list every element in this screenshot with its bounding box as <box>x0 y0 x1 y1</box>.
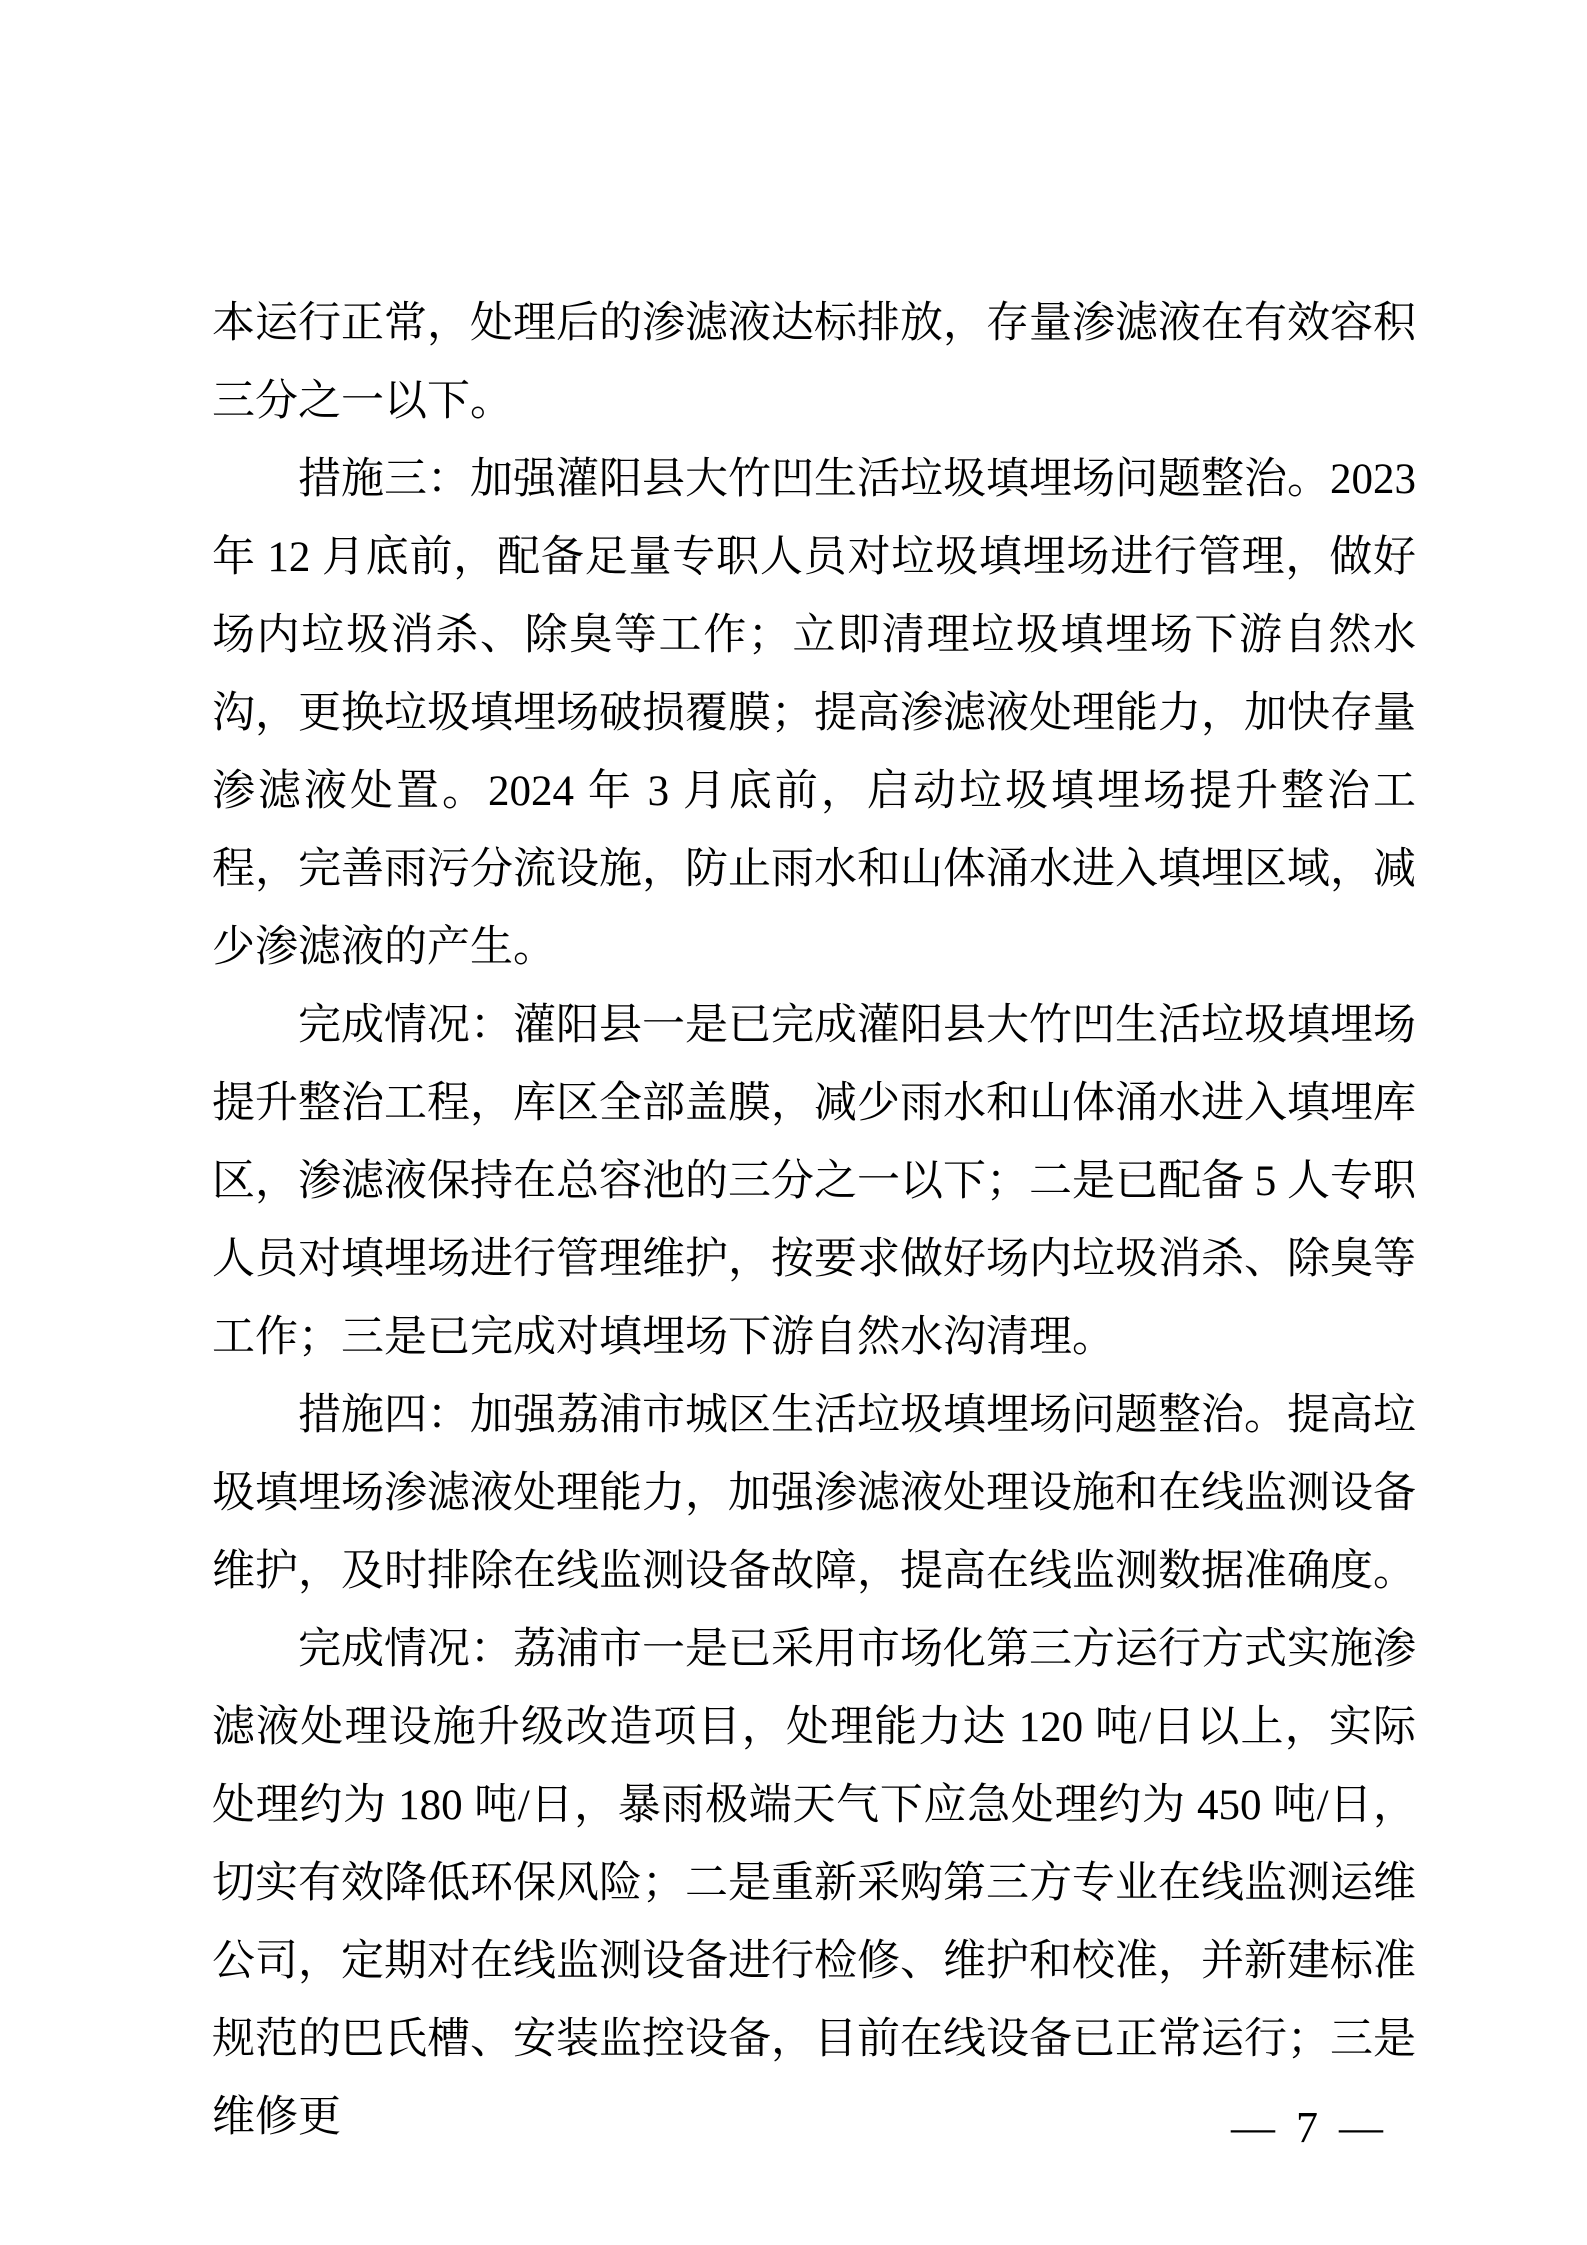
document-body: 本运行正常，处理后的渗滤液达标排放，存量渗滤液在有效容积三分之一以下。措施三：加… <box>212 285 1416 2157</box>
paragraph-continuation: 本运行正常，处理后的渗滤液达标排放，存量渗滤液在有效容积三分之一以下。 <box>212 285 1416 441</box>
document-page: 本运行正常，处理后的渗滤液达标排放，存量渗滤液在有效容积三分之一以下。措施三：加… <box>0 0 1587 2245</box>
paragraph-measure-four: 措施四：加强荔浦市城区生活垃圾填埋场问题整治。提高垃圾填埋场渗滤液处理能力，加强… <box>212 1377 1416 1611</box>
paragraph-measure-three: 措施三：加强灌阳县大竹凹生活垃圾填埋场问题整治。2023 年 12 月底前，配备… <box>212 441 1416 987</box>
paragraph-completion-three: 完成情况：灌阳县一是已完成灌阳县大竹凹生活垃圾填埋场提升整治工程，库区全部盖膜，… <box>212 987 1416 1377</box>
paragraph-completion-four: 完成情况：荔浦市一是已采用市场化第三方运行方式实施渗滤液处理设施升级改造项目，处… <box>212 1611 1416 2157</box>
page-number-footer: — 7 — <box>1231 2106 1383 2150</box>
